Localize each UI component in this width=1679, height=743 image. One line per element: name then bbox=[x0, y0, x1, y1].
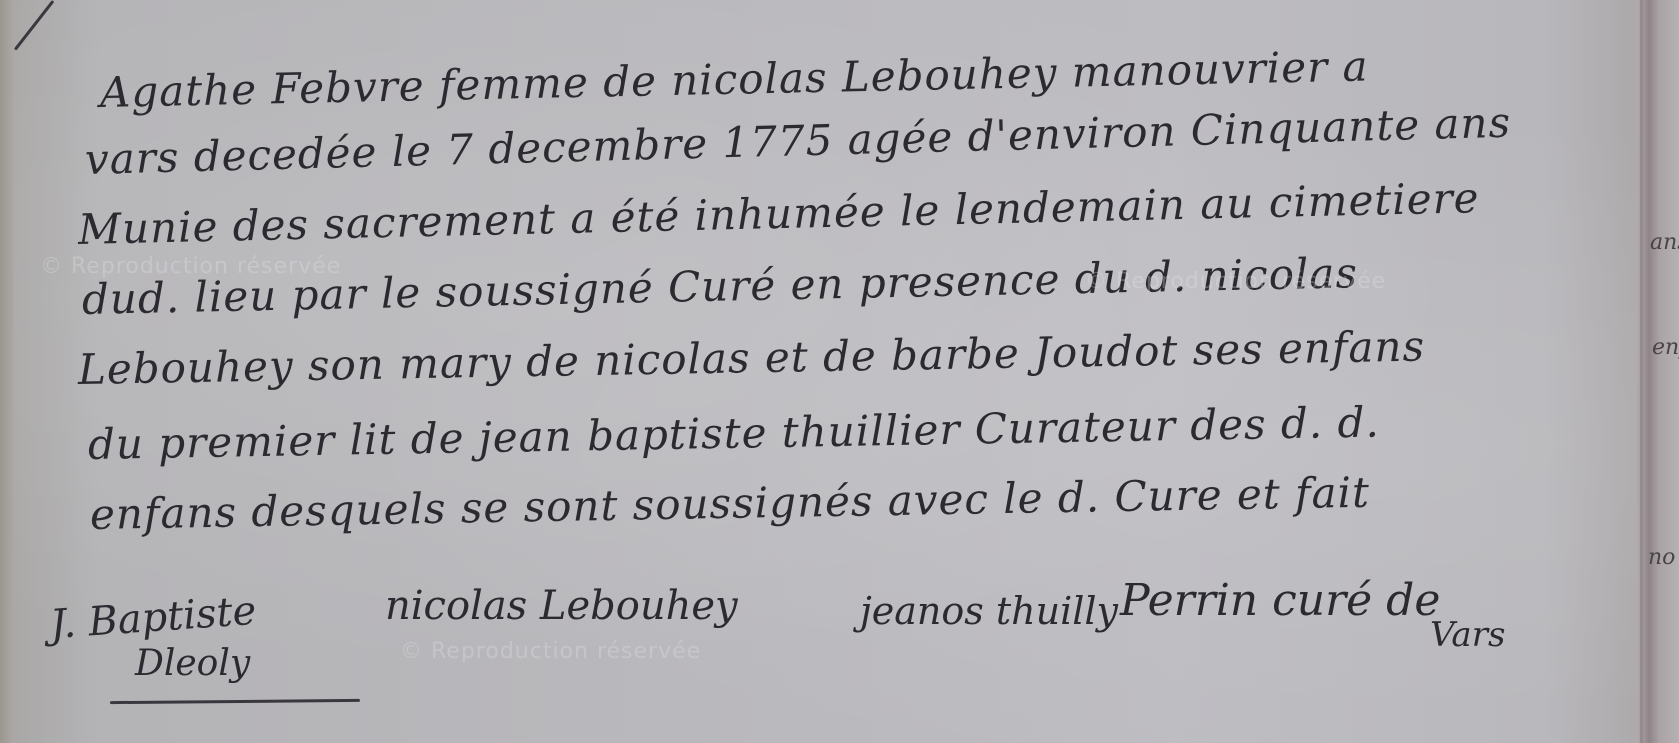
signature-nicolas-lebouhey: nicolas Lebouhey bbox=[385, 583, 738, 629]
handwritten-line-7: enfans desquels se sont soussignés avec … bbox=[90, 468, 1371, 539]
watermark: © Reproduction réservée bbox=[40, 255, 341, 279]
signature-baptiste: J. Baptiste bbox=[49, 588, 258, 648]
signature-block: J. Baptiste Dleoly nicolas Lebouhey jean… bbox=[40, 575, 1600, 695]
page-left-edge bbox=[0, 0, 14, 743]
signature-perrin-cure: Perrin curé de bbox=[1120, 575, 1440, 626]
handwritten-line-5: Lebouhey son mary de nicolas et de barbe… bbox=[78, 321, 1426, 394]
signature-dleoly: Dleoly bbox=[135, 643, 250, 684]
signature-flourish bbox=[110, 699, 360, 704]
watermark: © Reproduction réservée bbox=[400, 640, 701, 664]
margin-fragment: enfans bbox=[1652, 335, 1679, 360]
margin-fragment: ans bbox=[1650, 230, 1679, 255]
gutter-fold-line bbox=[1640, 0, 1643, 743]
document-page: Agathe Febvre femme de nicolas Lebouhey … bbox=[0, 0, 1679, 743]
watermark: © Reproduction réservée bbox=[1085, 270, 1386, 294]
ink-stroke-top bbox=[14, 0, 55, 51]
signature-thuilly: jeanos thuilly bbox=[860, 589, 1118, 633]
handwritten-line-3: Munie des sacrement a été inhumée le len… bbox=[77, 173, 1480, 254]
handwritten-line-6: du premier lit de jean baptiste thuillie… bbox=[88, 397, 1381, 469]
signature-vars: Vars bbox=[1430, 615, 1505, 655]
margin-fragment: no bbox=[1648, 545, 1675, 570]
